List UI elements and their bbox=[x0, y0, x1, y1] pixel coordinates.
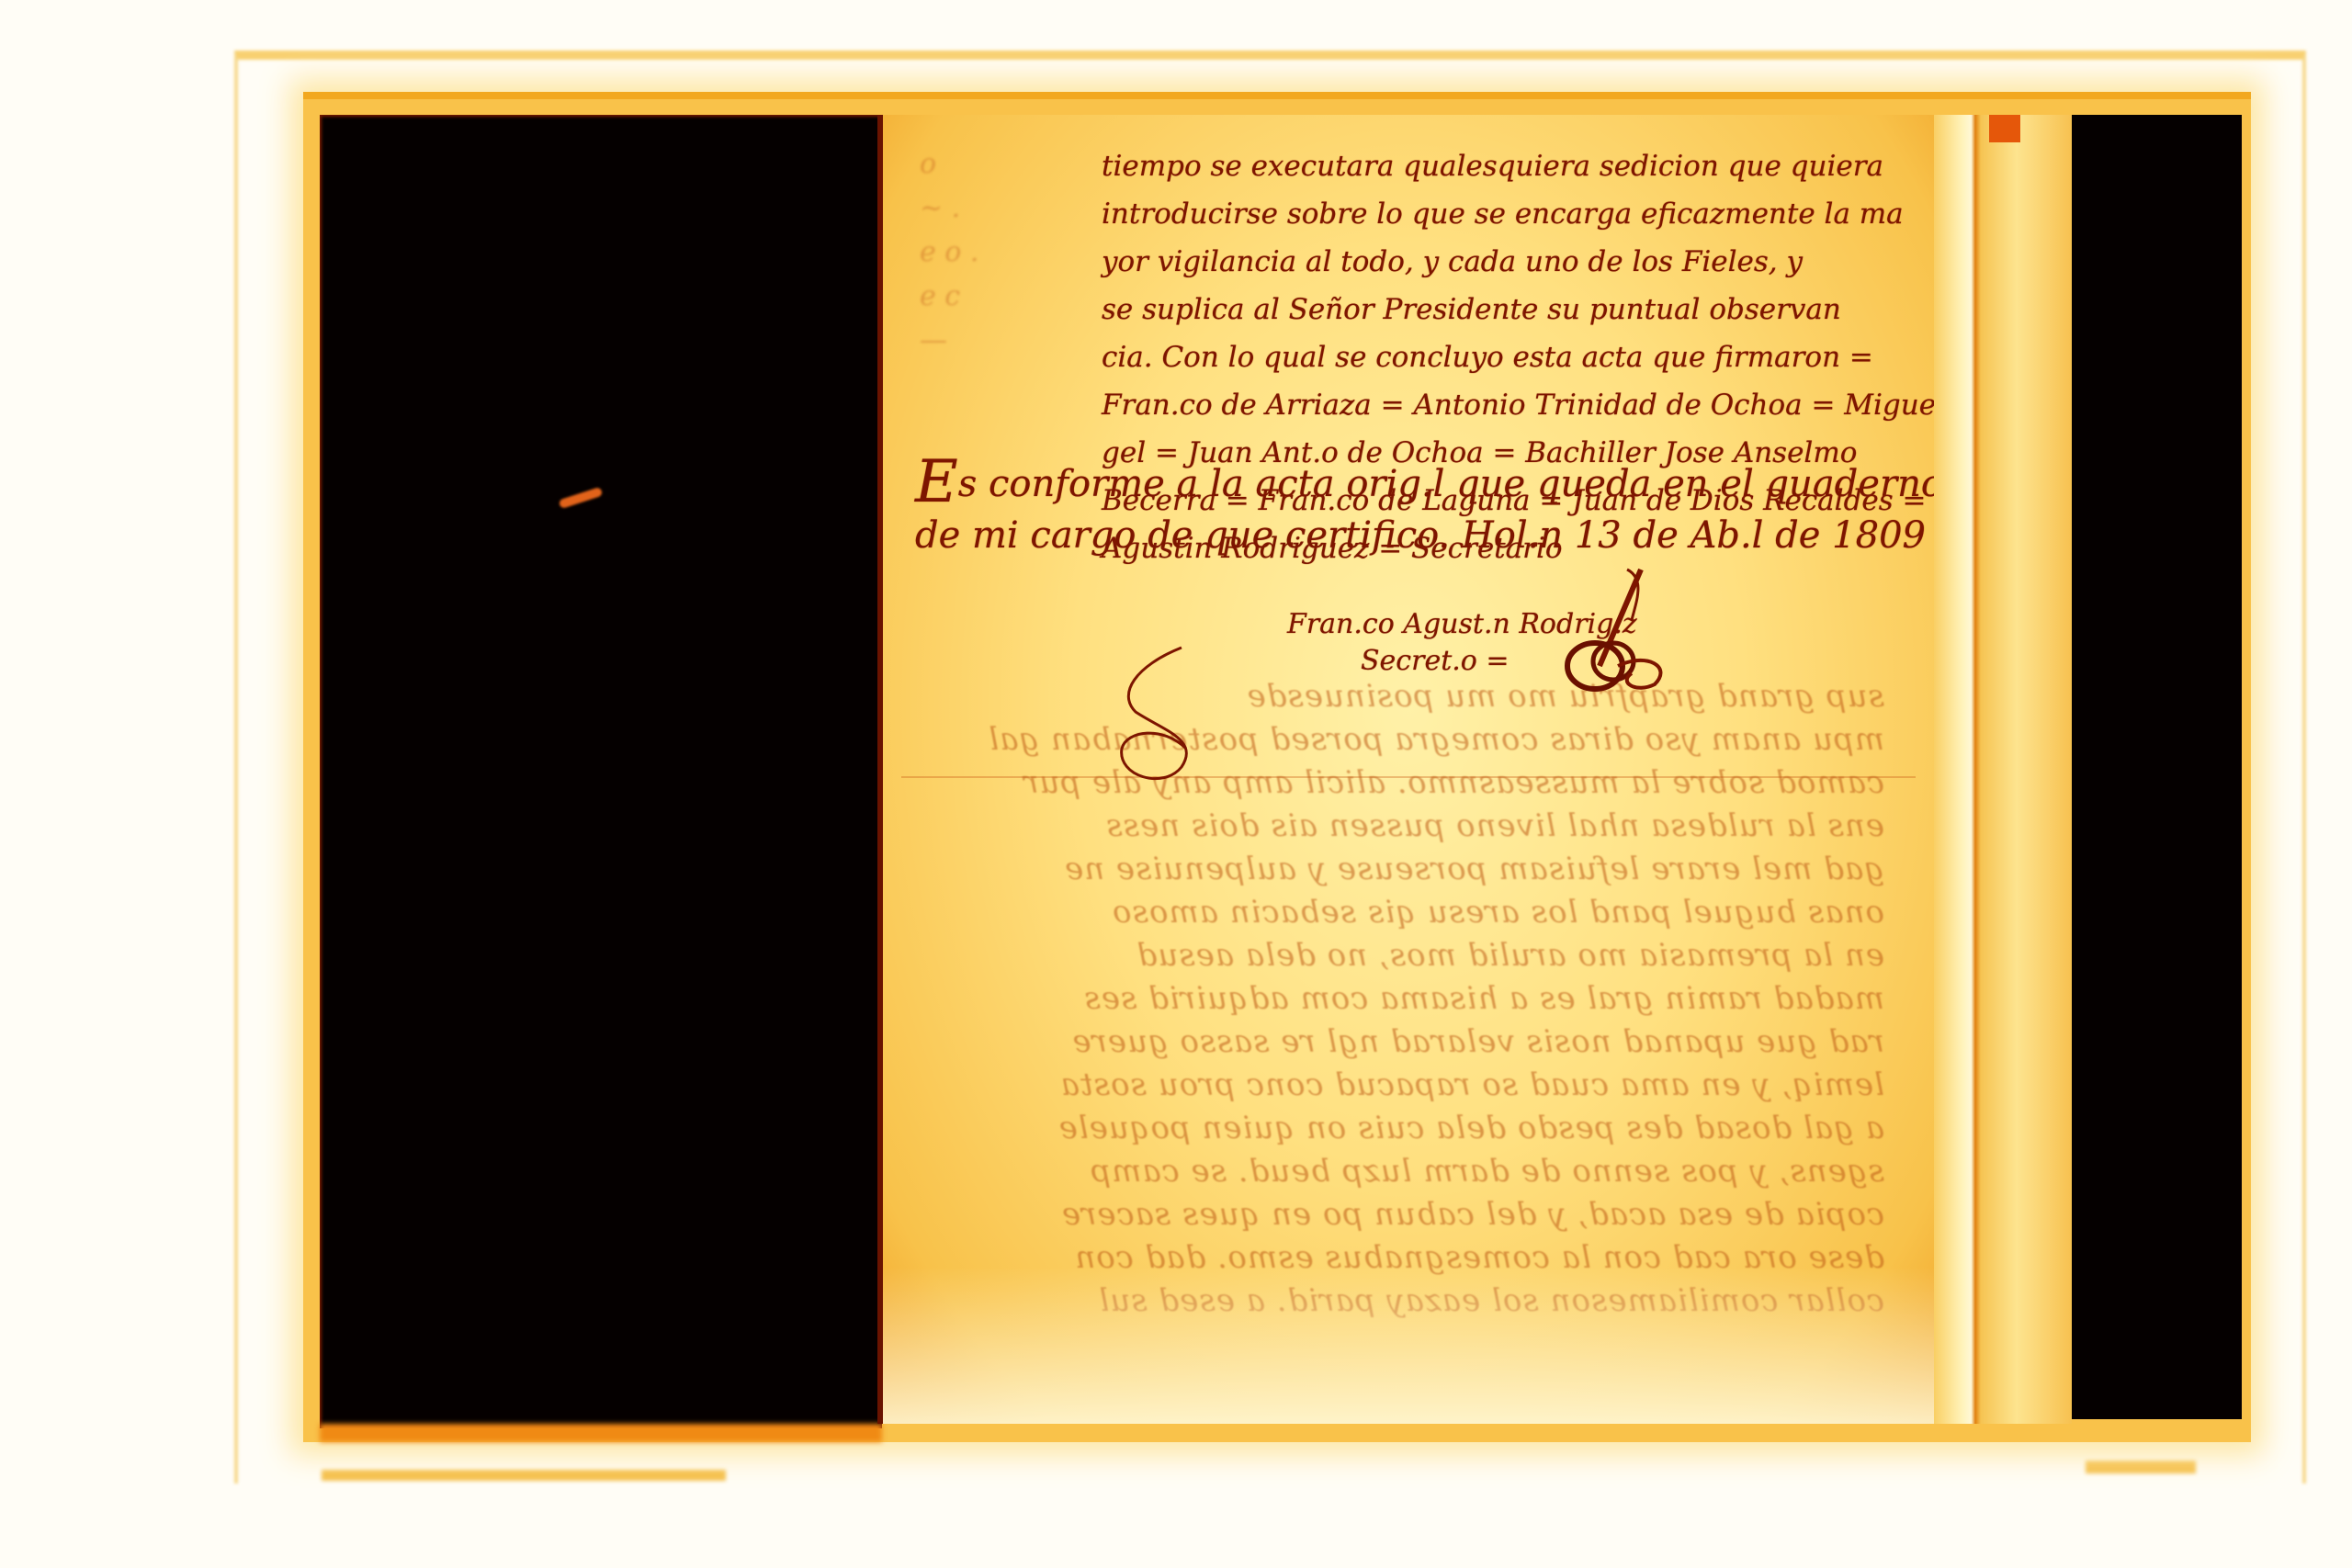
bleed-line: onas buguel pand los aresu qis sebacin a… bbox=[910, 891, 1884, 934]
body-line: Agustin Rodriguez = Secretario bbox=[1102, 525, 1934, 572]
bleed-line: copia de esa acad, y del cabun po en que… bbox=[910, 1193, 1884, 1236]
bleed-through-text: sup grand grapfriu mo mu posinuesde mpu … bbox=[910, 675, 1884, 1323]
manuscript-page: o ~ . e o . e c — sup grand grapfriu mo … bbox=[877, 115, 1934, 1424]
bleed-line: en la premasia mo arulid mos, no dela ae… bbox=[910, 934, 1884, 977]
dust-mark bbox=[559, 487, 604, 509]
certification-line-1: Es conforme a la acta orig.l que queda e… bbox=[915, 457, 1934, 510]
signature-flourish-icon bbox=[1099, 638, 1209, 785]
mat-edge-bottom-right bbox=[2086, 1461, 2196, 1473]
bleed-line: sgens, y pos senno de darm luzp beud. se… bbox=[910, 1150, 1884, 1193]
body-line: cia. Con lo qual se concluyo esta acta q… bbox=[1102, 333, 1934, 381]
margin-mark: e o . bbox=[920, 231, 1122, 275]
body-line: tiempo se executara qualesquiera sedicio… bbox=[1102, 142, 1934, 190]
certification-text: s conforme a la acta orig.l que queda en… bbox=[958, 463, 1934, 505]
black-backing-left bbox=[320, 115, 882, 1428]
scan-stage: o ~ . e o . e c — sup grand grapfriu mo … bbox=[0, 0, 2352, 1568]
bleed-line: lemiq, y en ama cuad so rapacud conc pro… bbox=[910, 1064, 1884, 1107]
rubric-flourish-icon bbox=[1544, 565, 1673, 703]
mat-edge-bottom-left bbox=[322, 1470, 726, 1481]
bleed-line: a gal dosad des pesdo dela cuis on quien… bbox=[910, 1107, 1884, 1150]
bleed-line: mpu anam yso diras comegra porsed poster… bbox=[910, 718, 1884, 761]
bleed-line: rad gue upanad nosis velarad ngl re sass… bbox=[910, 1021, 1884, 1064]
body-line: Becerra = Fran.co de Laguna = Juan de Di… bbox=[1102, 477, 1934, 525]
body-line: yor vigilancia al todo, y cada uno de lo… bbox=[1102, 238, 1934, 286]
signature-block: Fran.co Agust.n Rodrig.z Secret.o = bbox=[1287, 606, 1637, 680]
bleed-line: gad mel erare lefuisam porseuse y aulpen… bbox=[910, 848, 1884, 891]
margin-mark: o bbox=[920, 142, 1122, 186]
margin-mark: ~ . bbox=[920, 186, 1122, 231]
body-line: Fran.co de Arriaza = Antonio Trinidad de… bbox=[1102, 381, 1934, 429]
certification-block: Es conforme a la acta orig.l que queda e… bbox=[915, 457, 1934, 561]
body-line: se suplica al Señor Presidente su puntua… bbox=[1102, 286, 1934, 333]
margin-mark: e c bbox=[920, 275, 1122, 319]
manuscript-body: tiempo se executara qualesquiera sedicio… bbox=[1102, 142, 1934, 572]
bleed-line: sup grand grapfriu mo mu posinuesde bbox=[910, 675, 1884, 718]
bleed-through-margin: o ~ . e o . e c — bbox=[920, 142, 1122, 363]
body-line: introducirse sobre lo que se encarga efi… bbox=[1102, 190, 1934, 238]
bleed-line: ens la ruldesa nhal liveno pussen ais do… bbox=[910, 805, 1884, 848]
signature-title: Secret.o = bbox=[1287, 643, 1637, 680]
bleed-line: dese ora cad con la comesgnabus esmo. da… bbox=[910, 1236, 1884, 1280]
bleed-line: madad ramin gral es a hisama com adquiri… bbox=[910, 977, 1884, 1021]
black-backing-right bbox=[2072, 115, 2242, 1419]
margin-mark: — bbox=[920, 319, 1122, 363]
signature-name: Fran.co Agust.n Rodrig.z bbox=[1287, 606, 1637, 643]
bleed-line: collar comiliameson sol eazay parid. a e… bbox=[910, 1280, 1884, 1323]
page-fold-line bbox=[901, 776, 1916, 778]
body-line: gel = Juan Ant.o de Ochoa = Bachiller Jo… bbox=[1102, 429, 1934, 477]
binding-strip bbox=[1934, 115, 2072, 1424]
certification-line-2: de mi cargo de que certifico. Hol.n 13 d… bbox=[915, 510, 1934, 561]
backing-bottom-edge bbox=[320, 1424, 882, 1442]
bleed-line: camod sobre la musseasnmo. alicil amp an… bbox=[910, 761, 1884, 805]
decorated-initial: E bbox=[915, 448, 958, 516]
